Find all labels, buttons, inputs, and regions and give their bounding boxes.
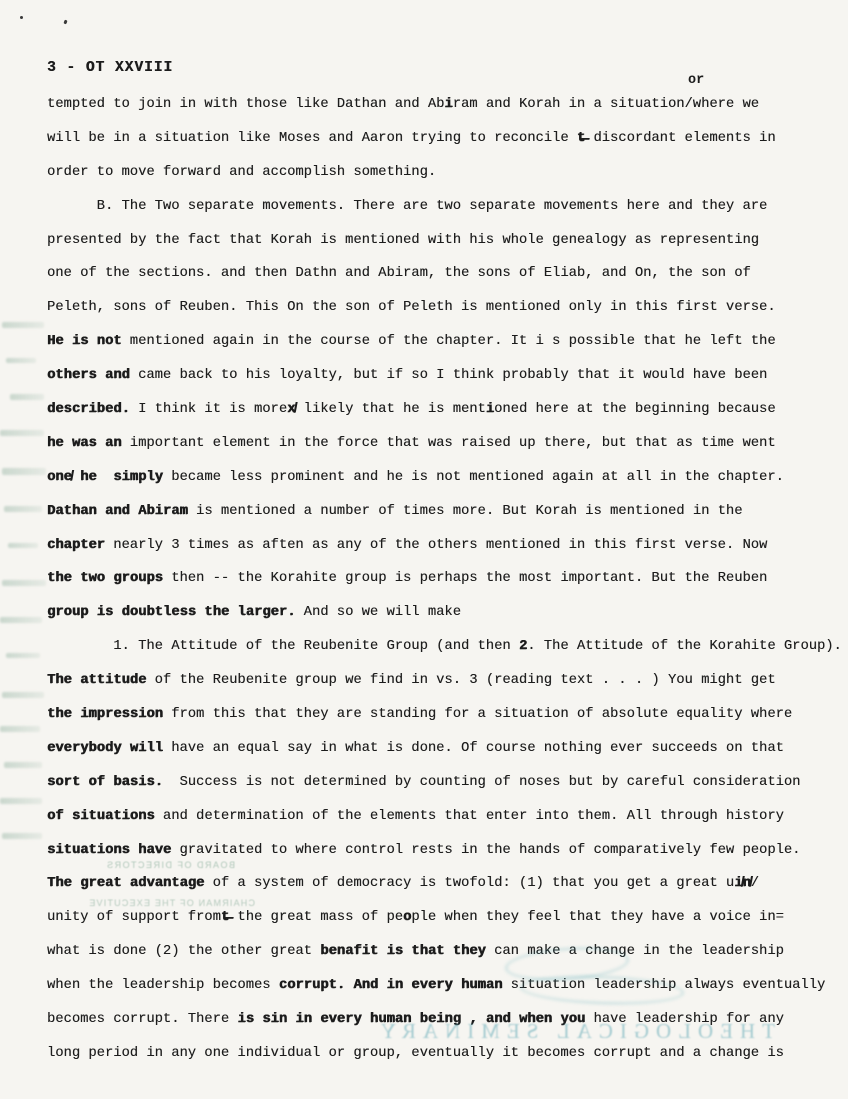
text-line: group is doubtless the larger. And so we… (47, 596, 847, 630)
bleed-through-smudge (2, 833, 42, 839)
text-line: sort of basis. Success is not determined… (47, 766, 847, 800)
text-line: described. I think it is morex̸ likely t… (47, 393, 847, 427)
page-number-header: 3 - OT XXVIII (47, 60, 173, 76)
bleed-through-smudge (10, 394, 44, 400)
text-line: The great advantage of a system of democ… (47, 867, 847, 901)
text-line: others and came back to his loyalty, but… (47, 359, 847, 393)
bleed-through-smudge (4, 762, 42, 768)
bleed-through-smudge (6, 358, 36, 363)
text-line: everybody will have an equal say in what… (47, 732, 847, 766)
bleed-through-smudge (2, 322, 44, 328)
text-line: order to move forward and accomplish som… (47, 156, 847, 190)
bleed-through-smudge (0, 617, 42, 623)
text-line: tempted to join in with those like Datha… (47, 88, 847, 122)
text-line: B. The Two separate movements. There are… (47, 190, 847, 224)
bleed-through-smudge (8, 543, 38, 548)
bleed-through-smudge (6, 653, 40, 658)
bleed-through-smudge (0, 798, 42, 804)
ink-speck (63, 20, 67, 25)
bleed-through-smudge (0, 430, 44, 436)
text-line: The attitude of the Reubenite group we f… (47, 664, 847, 698)
bleed-through-smudge (2, 692, 44, 698)
text-line: unity of support fromt̶ the great mass o… (47, 901, 847, 935)
text-line: becomes corrupt. There is sin in every h… (47, 1003, 847, 1037)
text-line: Dathan and Abiram is mentioned a number … (47, 495, 847, 529)
scanned-document-page: 3 - OT XXVIII or tempted to join in with… (0, 0, 848, 1099)
text-line: one̸ he simply became less prominent and… (47, 461, 847, 495)
bleed-through-smudge (0, 726, 40, 732)
bleed-through-smudge (2, 580, 46, 586)
text-line: when the leadership becomes corrupt. And… (47, 969, 847, 1003)
text-line: 1. The Attitude of the Reubenite Group (… (47, 630, 847, 664)
text-line: one of the sections. and then Dathn and … (47, 257, 847, 291)
bleed-through-smudge (2, 468, 46, 475)
text-line: chapter nearly 3 times as aften as any o… (47, 529, 847, 563)
text-line: long period in any one individual or gro… (47, 1037, 847, 1071)
text-line: will be in a situation like Moses and Aa… (47, 122, 847, 156)
text-line: he was an important element in the force… (47, 427, 847, 461)
document-lines: tempted to join in with those like Datha… (47, 88, 847, 1071)
ink-speck (20, 16, 23, 19)
text-line: what is done (2) the other great benafit… (47, 935, 847, 969)
text-line: presented by the fact that Korah is ment… (47, 224, 847, 258)
text-line: of situations and determination of the e… (47, 800, 847, 834)
interlinear-insertion: or (688, 73, 704, 88)
text-line: the two groups then -- the Korahite grou… (47, 562, 847, 596)
text-line: the impression from this that they are s… (47, 698, 847, 732)
bleed-through-smudge (4, 506, 42, 512)
text-line: He is not mentioned again in the course … (47, 325, 847, 359)
text-line: Peleth, sons of Reuben. This On the son … (47, 291, 847, 325)
text-line: situations have gravitated to where cont… (47, 834, 847, 868)
